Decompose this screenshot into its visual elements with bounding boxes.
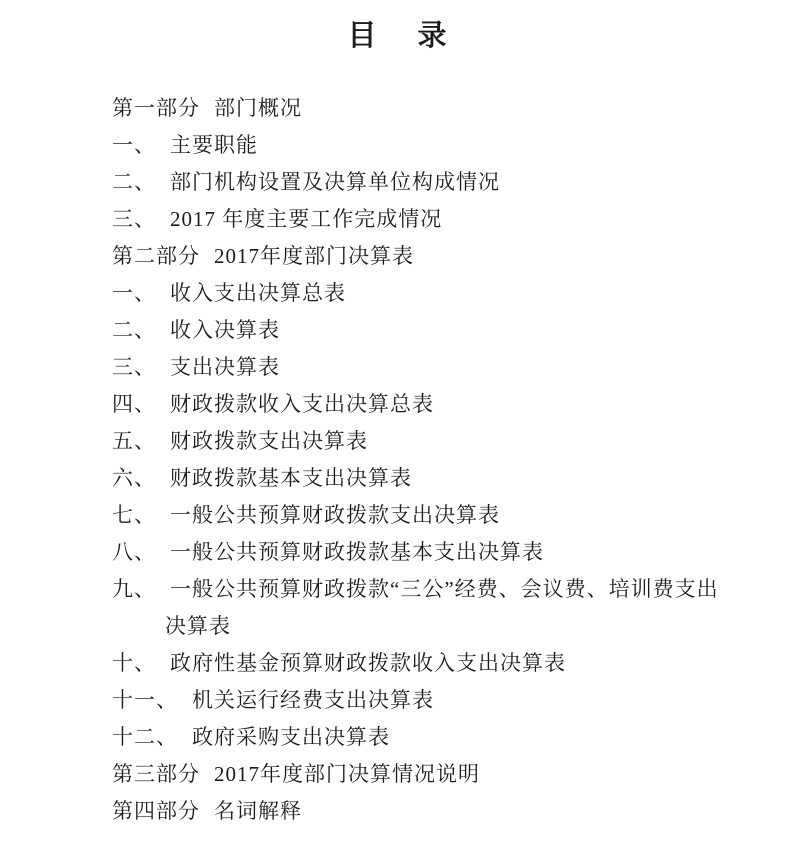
toc-line-text: 2017年度部门决算表 [214, 240, 414, 270]
toc-line-text: 机关运行经费支出决算表 [192, 684, 434, 714]
toc-line-text: 收入支出决算总表 [170, 277, 346, 307]
toc-line-item: 八、 一般公共预算财政拨款基本支出决算表 [112, 532, 760, 569]
toc-line-section-4: 第四部分 名词解释 [112, 791, 760, 828]
toc-line-number: 三、 [112, 351, 156, 381]
toc-line-section-2: 第二部分 2017年度部门决算表 [112, 236, 760, 273]
toc-line-number: 二、 [112, 314, 156, 344]
toc-line-item: 四、 财政拨款收入支出决算总表 [112, 384, 760, 421]
toc-line-item: 一、 主要职能 [112, 125, 760, 162]
toc-line-number: 九、 [112, 573, 156, 603]
toc-line-text: 支出决算表 [170, 351, 280, 381]
toc-line-number: 三、 [112, 203, 156, 233]
toc-line-item: 三、 2017 年度主要工作完成情况 [112, 199, 760, 236]
toc-line-item: 十二、 政府采购支出决算表 [112, 717, 760, 754]
toc-line-text: 部门概况 [214, 92, 302, 122]
document-page: 目 录 第一部分 部门概况 一、 主要职能 二、 部门机构设置及决算单位构成情况… [0, 0, 800, 845]
toc-line-number: 四、 [112, 388, 156, 418]
toc-line-text: 一般公共预算财政拨款支出决算表 [170, 499, 500, 529]
table-of-contents: 第一部分 部门概况 一、 主要职能 二、 部门机构设置及决算单位构成情况 三、 … [112, 88, 760, 828]
toc-line-section-3: 第三部分 2017年度部门决算情况说明 [112, 754, 760, 791]
toc-line-continuation: 决算表 [112, 606, 760, 643]
toc-line-number: 五、 [112, 425, 156, 455]
toc-line-number: 第四部分 [112, 795, 200, 825]
toc-line-item: 五、 财政拨款支出决算表 [112, 421, 760, 458]
toc-line-text: 财政拨款收入支出决算总表 [170, 388, 434, 418]
toc-line-text: 财政拨款支出决算表 [170, 425, 368, 455]
toc-line-number: 七、 [112, 499, 156, 529]
toc-line-text: 财政拨款基本支出决算表 [170, 462, 412, 492]
toc-line-number: 十一、 [112, 684, 178, 714]
toc-line-text: 决算表 [165, 610, 231, 640]
toc-line-text: 收入决算表 [170, 314, 280, 344]
page-title: 目 录 [0, 14, 800, 58]
toc-line-number: 第三部分 [112, 758, 200, 788]
toc-line-text: 主要职能 [170, 129, 258, 159]
toc-line-text: 一般公共预算财政拨款“三公”经费、会议费、培训费支出 [170, 573, 719, 603]
toc-line-item: 十、 政府性基金预算财政拨款收入支出决算表 [112, 643, 760, 680]
toc-line-text: 2017 年度主要工作完成情况 [170, 203, 442, 233]
toc-line-number: 第一部分 [112, 92, 200, 122]
toc-line-text: 2017年度部门决算情况说明 [214, 758, 480, 788]
toc-line-text: 一般公共预算财政拨款基本支出决算表 [170, 536, 544, 566]
toc-line-number: 第二部分 [112, 240, 200, 270]
toc-line-item: 七、 一般公共预算财政拨款支出决算表 [112, 495, 760, 532]
toc-line-item: 九、 一般公共预算财政拨款“三公”经费、会议费、培训费支出 [112, 569, 760, 606]
toc-line-number: 八、 [112, 536, 156, 566]
toc-line-number: 二、 [112, 166, 156, 196]
toc-line-text: 政府采购支出决算表 [192, 721, 390, 751]
toc-line-text: 政府性基金预算财政拨款收入支出决算表 [170, 647, 566, 677]
toc-line-number: 一、 [112, 129, 156, 159]
toc-line-number: 六、 [112, 462, 156, 492]
toc-line-number: 十、 [112, 647, 156, 677]
toc-line-number: 十二、 [112, 721, 178, 751]
toc-line-item: 一、 收入支出决算总表 [112, 273, 760, 310]
toc-line-item: 六、 财政拨款基本支出决算表 [112, 458, 760, 495]
toc-line-number: 一、 [112, 277, 156, 307]
toc-line-section-1: 第一部分 部门概况 [112, 88, 760, 125]
toc-line-item: 二、 收入决算表 [112, 310, 760, 347]
toc-line-item: 十一、 机关运行经费支出决算表 [112, 680, 760, 717]
toc-line-text: 名词解释 [214, 795, 302, 825]
toc-line-item: 二、 部门机构设置及决算单位构成情况 [112, 162, 760, 199]
toc-line-text: 部门机构设置及决算单位构成情况 [170, 166, 500, 196]
toc-line-item: 三、 支出决算表 [112, 347, 760, 384]
